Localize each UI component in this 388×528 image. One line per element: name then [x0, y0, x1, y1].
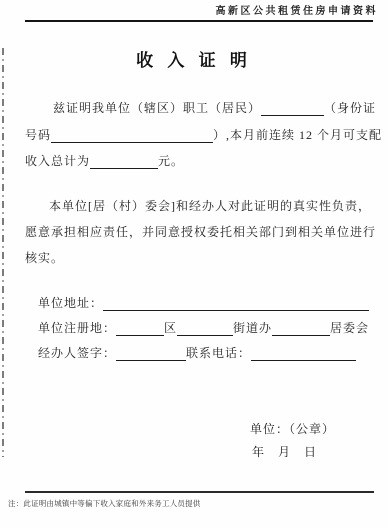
unit-seal-line: 单位：（公章）: [250, 420, 335, 437]
declaration-line-1: 本单位[居（村）委会]和经办人对此证明的真实性负责，: [25, 199, 371, 214]
intro-line-3-text: 收入总计为: [25, 154, 90, 169]
intro-line-2-text: 号码: [25, 128, 51, 143]
unit-registration-label: 单位注册地：: [38, 321, 116, 336]
footer-divider-line: [25, 491, 374, 493]
intro-line-2: 号码 ）,本月前连续 12 个月可支配: [25, 128, 382, 143]
intro-line-3: 收入总计为 元。: [25, 154, 184, 169]
header-divider-line: [25, 20, 373, 22]
blank-contact-phone[interactable]: [251, 347, 356, 361]
district-suffix-label: 区: [164, 321, 177, 336]
footnote-text: 注：此证明由城镇中等偏下收入家庭和外来务工人员提供: [8, 498, 201, 509]
left-fold-dash-line: [2, 48, 4, 457]
intro-line-1-text: 兹证明我单位（辖区）职工（居民）: [53, 101, 261, 116]
declaration-line-2-text: 愿意承担相应责任，并同意授权委托相关部门到相关单位进行: [25, 225, 376, 240]
unit-registration-row: 单位注册地： 区 街道办 居委会: [38, 321, 369, 336]
handler-signature-row: 经办人签字： 联系电话：: [38, 346, 356, 361]
declaration-line-3: 核实。: [25, 251, 64, 266]
street-suffix-label: 街道办: [233, 321, 272, 336]
declaration-line-3-text: 核实。: [25, 251, 64, 266]
income-certificate-document: 高新区公共租赁住房申请资料 收 入 证 明 兹证明我单位（辖区）职工（居民） （…: [0, 0, 388, 528]
committee-suffix-label: 居委会: [330, 321, 369, 336]
blank-unit-address[interactable]: [103, 297, 369, 311]
blank-income-total[interactable]: [90, 155, 158, 169]
blank-district[interactable]: [116, 322, 164, 336]
handler-signature-label: 经办人签字：: [38, 346, 116, 361]
blank-id-number[interactable]: [51, 129, 213, 143]
document-header-label: 高新区公共租赁住房申请资料: [216, 2, 379, 17]
intro-line-1-tail: （身份证: [324, 101, 376, 116]
blank-employee-name[interactable]: [261, 102, 324, 116]
blank-committee[interactable]: [272, 322, 330, 336]
intro-line-3-tail: 元。: [158, 154, 184, 169]
intro-line-1: 兹证明我单位（辖区）职工（居民） （身份证: [25, 101, 376, 116]
document-title: 收 入 证 明: [0, 46, 388, 71]
date-line: 年 月 日: [252, 443, 317, 460]
declaration-line-2: 愿意承担相应责任，并同意授权委托相关部门到相关单位进行: [25, 225, 376, 240]
unit-address-label: 单位地址：: [38, 296, 103, 311]
contact-phone-label: 联系电话：: [186, 346, 251, 361]
blank-handler-signature[interactable]: [116, 347, 186, 361]
declaration-line-1-text: 本单位[居（村）委会]和经办人对此证明的真实性负责，: [49, 199, 371, 214]
unit-address-row: 单位地址：: [38, 296, 369, 311]
intro-line-2-tail: ）,本月前连续 12 个月可支配: [213, 128, 382, 143]
blank-street-office[interactable]: [177, 322, 233, 336]
